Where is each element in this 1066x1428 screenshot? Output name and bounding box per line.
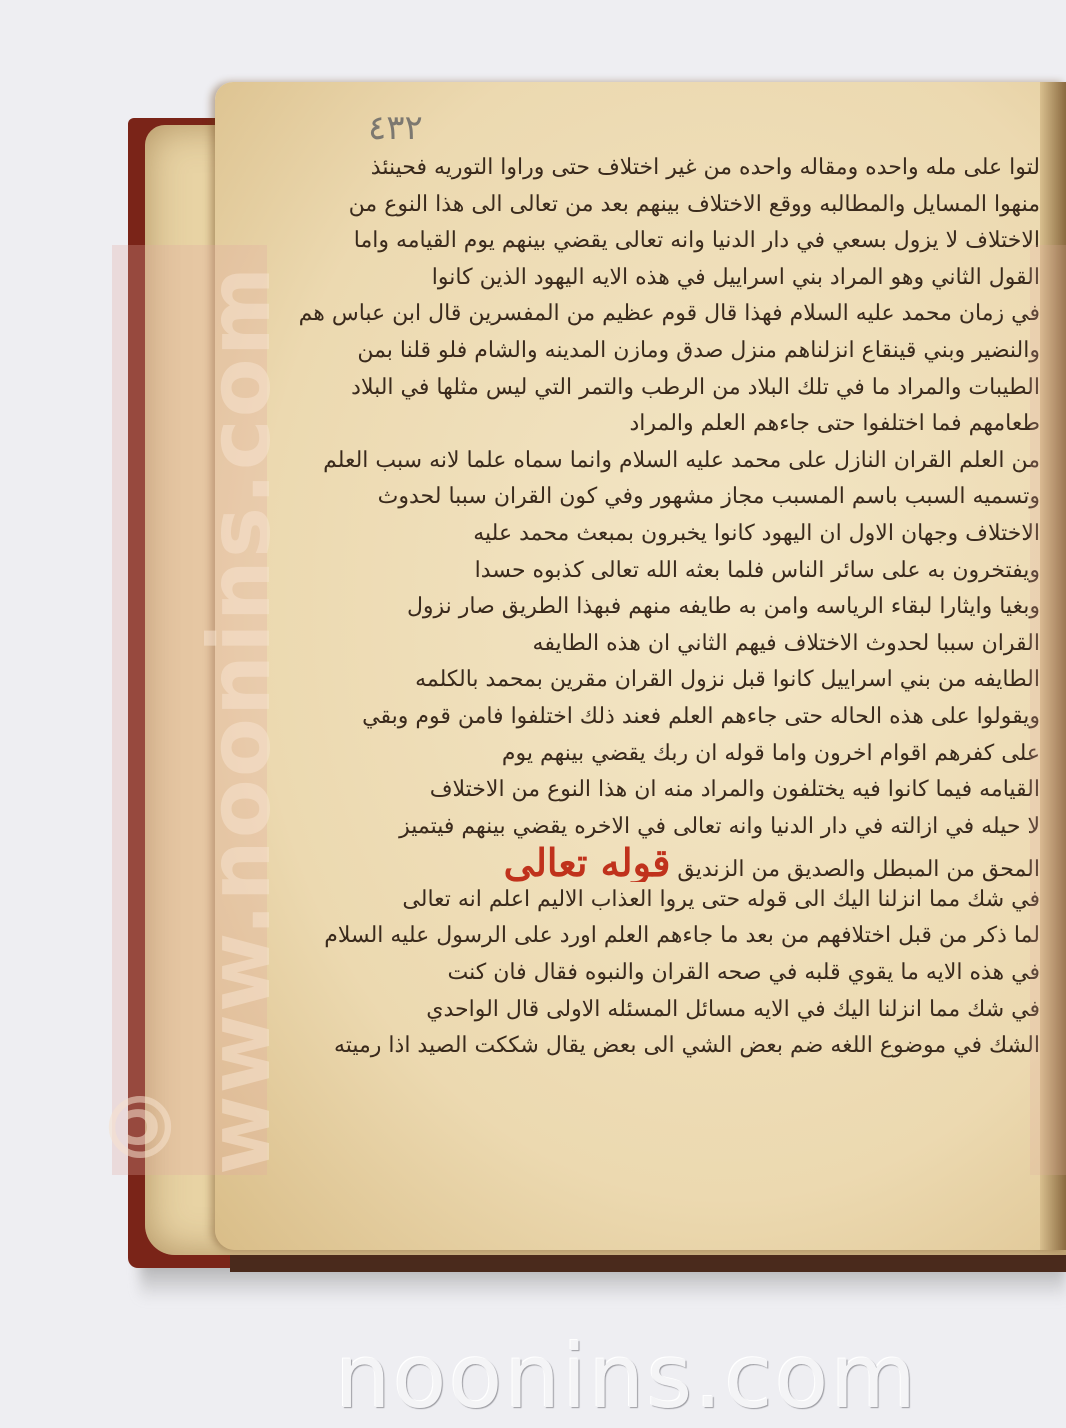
text-line: الاختلاف وجهان الاول ان اليهود كانوا يخب… bbox=[300, 516, 1040, 553]
text-line: القيامه فيما كانوا فيه يختلفون والمراد م… bbox=[300, 772, 1040, 809]
text-line: في شك مما انزلنا اليك الى قوله حتى يروا … bbox=[300, 882, 1040, 919]
text-line: وتسميه السبب باسم المسبب مجاز مشهور وفي … bbox=[300, 479, 1040, 516]
rubric-line: المحق من المبطل والصديق من الزنديق قوله … bbox=[300, 845, 1040, 882]
text-line: وبغيا وايثارا لبقاء الرياسه وامن به طايف… bbox=[300, 589, 1040, 626]
text-line: في زمان محمد عليه السلام فهذا قال قوم عظ… bbox=[300, 296, 1040, 333]
text-line: والنضير وبني قينقاع انزلناهم منزل صدق وم… bbox=[300, 333, 1040, 370]
text-line: في شك مما انزلنا اليك في الايه مسائل الم… bbox=[300, 992, 1040, 1029]
manuscript-text: لتوا على مله واحده ومقاله واحده من غير ا… bbox=[300, 150, 1040, 1065]
folio-number: ٤٣٢ bbox=[368, 108, 423, 148]
watermark-text: © www.noonins.com bbox=[90, 245, 290, 1175]
text-line: الطايفه من بني اسراييل كانوا قبل نزول ال… bbox=[300, 662, 1040, 699]
rubric-heading: قوله تعالى bbox=[504, 845, 671, 882]
right-watermark-strip bbox=[1030, 245, 1066, 1175]
text-line: ويفتخرون به على سائر الناس فلما بعثه الل… bbox=[300, 553, 1040, 590]
text-line: لا حيله في ازالته في دار الدنيا وانه تعا… bbox=[300, 809, 1040, 846]
text-line: القول الثاني وهو المراد بني اسراييل في ه… bbox=[300, 260, 1040, 297]
text-line: الاختلاف لا يزول بسعي في دار الدنيا وانه… bbox=[300, 223, 1040, 260]
text-line: القران سببا لحدوث الاختلاف فيهم الثاني ا… bbox=[300, 626, 1040, 663]
text-line: طعامهم فما اختلفوا حتى جاءهم العلم والمر… bbox=[300, 406, 1040, 443]
bottom-watermark: noonins.com bbox=[335, 1325, 918, 1428]
text-line: لما ذكر من قبل اختلافهم من بعد ما جاءهم … bbox=[300, 918, 1040, 955]
text-line: منهوا المسايل والمطالبه ووقع الاختلاف بي… bbox=[300, 187, 1040, 224]
text-line: لتوا على مله واحده ومقاله واحده من غير ا… bbox=[300, 150, 1040, 187]
text-line: على كفرهم اقوام اخرون واما قوله ان ربك ي… bbox=[300, 736, 1040, 773]
text-line: ويقولوا على هذه الحاله حتى جاءهم العلم ف… bbox=[300, 699, 1040, 736]
text-line: من العلم القران النازل على محمد عليه الس… bbox=[300, 443, 1040, 480]
text-line: الطيبات والمراد ما في تلك البلاد من الرط… bbox=[300, 370, 1040, 407]
text-line: في هذه الايه ما يقوي قلبه في صحه القران … bbox=[300, 955, 1040, 992]
text-segment: المحق من المبطل والصديق من الزنديق bbox=[677, 857, 1040, 882]
side-watermark: © www.noonins.com bbox=[112, 245, 267, 1175]
text-line: الشك في موضوع اللغه ضم بعض الشي الى بعض … bbox=[300, 1028, 1040, 1065]
